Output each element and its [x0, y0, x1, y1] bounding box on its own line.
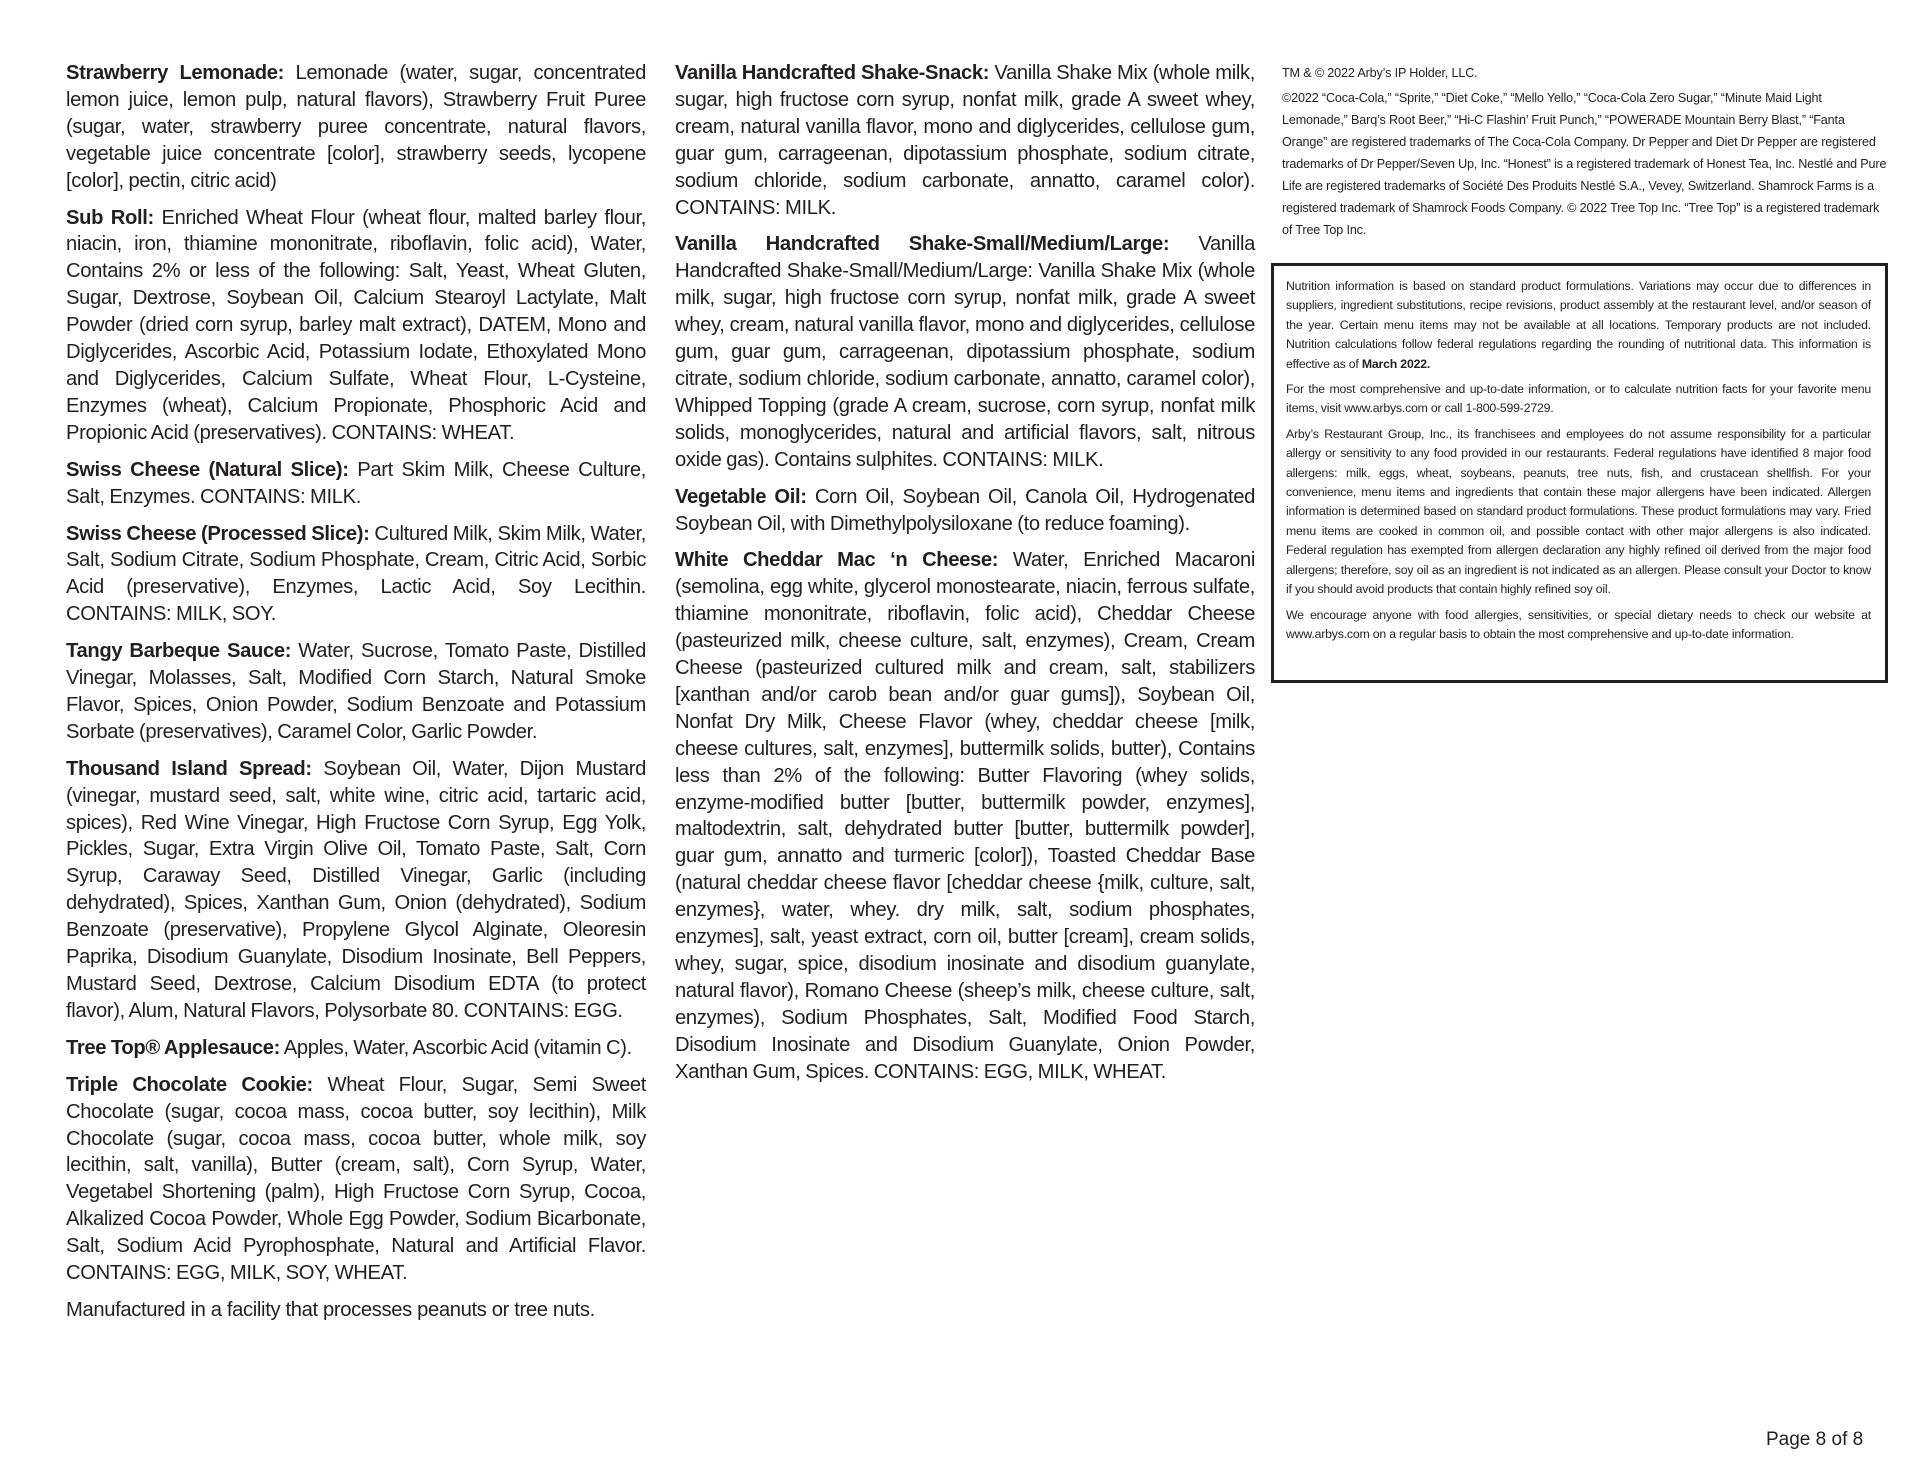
- facility-note: Manufactured in a facility that processe…: [66, 1297, 646, 1324]
- ingredient-list: Vanilla Shake Mix (whole milk, sugar, hi…: [675, 62, 1255, 219]
- ingredient-entry-vanilla-shake-sml: Vanilla Handcrafted Shake-Small/Medium/L…: [675, 231, 1255, 473]
- ingredient-entry-strawberry-lemonade: Strawberry Lemonade: Lemonade (water, su…: [66, 60, 646, 195]
- disclaimer-contact-info: For the most comprehensive and up-to-dat…: [1286, 380, 1871, 419]
- ingredient-entry-thousand-island-spread: Thousand Island Spread: Soybean Oil, Wat…: [66, 756, 646, 1025]
- ingredient-name: Tree Top® Applesauce:: [66, 1037, 280, 1059]
- ingredient-name: Vanilla Handcrafted Shake-Small/Medium/L…: [675, 233, 1169, 255]
- disclaimer-allergens: Arby’s Restaurant Group, Inc., its franc…: [1286, 425, 1871, 600]
- ingredient-list: Enriched Wheat Flour (wheat flour, malte…: [66, 207, 646, 444]
- ingredients-column-left: Strawberry Lemonade: Lemonade (water, su…: [66, 60, 646, 1324]
- ingredient-list: Water, Enriched Macaroni (semolina, egg …: [675, 549, 1255, 1082]
- ingredient-name: Sub Roll:: [66, 207, 154, 229]
- ingredient-entry-swiss-cheese-processed: Swiss Cheese (Processed Slice): Cultured…: [66, 521, 646, 629]
- ingredient-entry-tangy-barbeque-sauce: Tangy Barbeque Sauce: Water, Sucrose, To…: [66, 638, 646, 746]
- ingredient-list: Vanilla Handcrafted Shake-Small/Medium/L…: [675, 233, 1255, 470]
- ingredient-entry-white-cheddar-mac: White Cheddar Mac ‘n Cheese: Water, Enri…: [675, 547, 1255, 1085]
- ingredient-name: Strawberry Lemonade:: [66, 62, 284, 84]
- arbys-trademark-line: TM & © 2022 Arby’s IP Holder, LLC.: [1282, 62, 1888, 84]
- ingredient-list: Apples, Water, Ascorbic Acid (vitamin C)…: [280, 1037, 632, 1059]
- effective-date: March 2022.: [1362, 357, 1430, 371]
- ingredient-name: Thousand Island Spread:: [66, 758, 312, 780]
- ingredient-entry-tree-top-applesauce: Tree Top® Applesauce: Apples, Water, Asc…: [66, 1035, 646, 1062]
- legal-column: TM & © 2022 Arby’s IP Holder, LLC. ©2022…: [1282, 62, 1888, 241]
- third-party-trademarks: ©2022 “Coca-Cola,” “Sprite,” “Diet Coke,…: [1282, 87, 1888, 241]
- ingredient-name: Triple Chocolate Cookie:: [66, 1074, 313, 1096]
- ingredient-name: Swiss Cheese (Processed Slice):: [66, 523, 369, 545]
- ingredient-name: White Cheddar Mac ‘n Cheese:: [675, 549, 998, 571]
- ingredient-name: Swiss Cheese (Natural Slice):: [66, 459, 349, 481]
- ingredient-list: Soybean Oil, Water, Dijon Mustard (vineg…: [66, 758, 646, 1022]
- page-number: Page 8 of 8: [1766, 1428, 1863, 1452]
- ingredients-column-middle: Vanilla Handcrafted Shake-Snack: Vanilla…: [675, 60, 1255, 1096]
- disclaimer-formulations: Nutrition information is based on standa…: [1286, 277, 1871, 374]
- ingredient-list: Wheat Flour, Sugar, Semi Sweet Chocolate…: [66, 1074, 646, 1284]
- ingredient-name: Vanilla Handcrafted Shake-Snack:: [675, 62, 989, 84]
- ingredient-name: Vegetable Oil:: [675, 486, 807, 508]
- disclaimer-website-check: We encourage anyone with food allergies,…: [1286, 606, 1871, 645]
- ingredient-entry-sub-roll: Sub Roll: Enriched Wheat Flour (wheat fl…: [66, 205, 646, 447]
- nutrition-disclaimer-box: Nutrition information is based on standa…: [1271, 263, 1888, 683]
- ingredient-entry-vanilla-shake-snack: Vanilla Handcrafted Shake-Snack: Vanilla…: [675, 60, 1255, 221]
- ingredient-entry-triple-chocolate-cookie: Triple Chocolate Cookie: Wheat Flour, Su…: [66, 1072, 646, 1287]
- ingredient-entry-vegetable-oil: Vegetable Oil: Corn Oil, Soybean Oil, Ca…: [675, 484, 1255, 538]
- ingredient-name: Tangy Barbeque Sauce:: [66, 640, 291, 662]
- ingredient-entry-swiss-cheese-natural: Swiss Cheese (Natural Slice): Part Skim …: [66, 457, 646, 511]
